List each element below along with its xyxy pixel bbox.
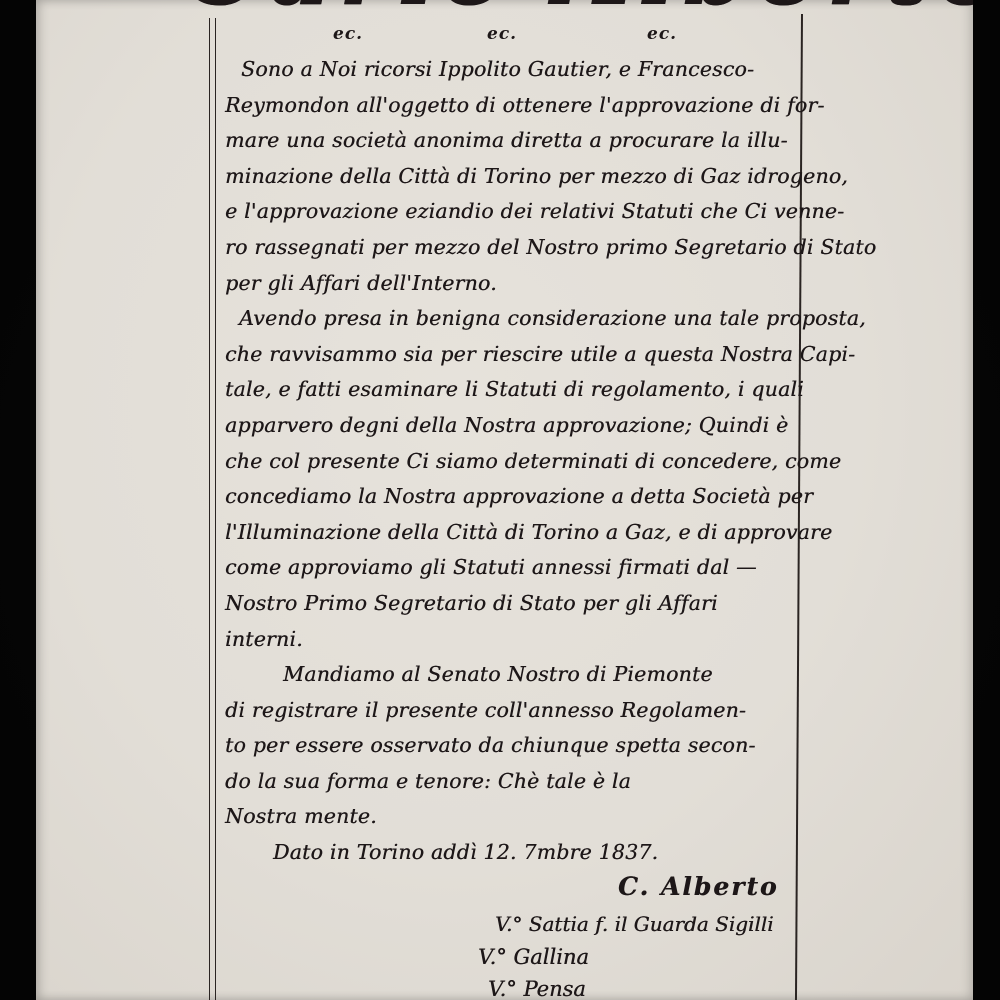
manuscript-line: e l'approvazione eziandio dei relativi S… <box>225 199 807 235</box>
photo-background: Carlo Alberto ec. ec. ec. Sono a Noi ric… <box>0 0 1000 1000</box>
etcetera-mark: ec. <box>487 24 517 44</box>
manuscript-line: Reymondon all'oggetto di ottenere l'appr… <box>225 93 807 129</box>
manuscript-body: Sono a Noi ricorsi Ippolito Gautier, e F… <box>225 57 807 876</box>
manuscript-line: Sono a Noi ricorsi Ippolito Gautier, e F… <box>225 57 807 93</box>
manuscript-line: mare una società anonima diretta a procu… <box>225 128 807 164</box>
etcetera-mark: ec. <box>647 24 677 44</box>
signature-carlo-alberto: C. Alberto <box>618 872 779 901</box>
manuscript-line: che col presente Ci siamo determinati di… <box>225 449 807 485</box>
manuscript-line: Avendo presa in benigna considerazione u… <box>225 306 807 342</box>
signature-pensa: V.° Pensa <box>488 977 586 1000</box>
manuscript-line: l'Illuminazione della Città di Torino a … <box>225 520 807 556</box>
manuscript-line: di registrare il presente coll'annesso R… <box>225 698 807 734</box>
manuscript-dateline: Dato in Torino addì 12. 7mbre 1837. <box>225 840 807 876</box>
manuscript-line: come approviamo gli Statuti annessi firm… <box>225 555 807 591</box>
manuscript-line: apparvero degni della Nostra approvazion… <box>225 413 807 449</box>
manuscript-line: che ravvisammo sia per riescire utile a … <box>225 342 807 378</box>
etcetera-mark: ec. <box>333 24 363 44</box>
manuscript-line: Mandiamo al Senato Nostro di Piemonte <box>225 662 807 698</box>
signature-keeper-of-seals: V.° Sattia f. il Guarda Sigilli <box>495 912 774 936</box>
manuscript-line: ro rassegnati per mezzo del Nostro primo… <box>225 235 807 271</box>
manuscript-line: Nostra mente. <box>225 804 807 840</box>
manuscript-line: Nostro Primo Segretario di Stato per gli… <box>225 591 807 627</box>
left-margin-double-rule <box>209 18 216 1000</box>
royal-heading-carlo-alberto: Carlo Alberto <box>184 0 973 24</box>
manuscript-line: to per essere osservato da chiunque spet… <box>225 733 807 769</box>
manuscript-line: concediamo la Nostra approvazione a dett… <box>225 484 807 520</box>
manuscript-line: do la sua forma e tenore: Chè tale è la <box>225 769 807 805</box>
manuscript-page: Carlo Alberto ec. ec. ec. Sono a Noi ric… <box>36 0 973 1000</box>
manuscript-line: minazione della Città di Torino per mezz… <box>225 164 807 200</box>
manuscript-line: per gli Affari dell'Interno. <box>225 271 807 307</box>
manuscript-line: interni. <box>225 627 807 663</box>
manuscript-line: tale, e fatti esaminare li Statuti di re… <box>225 377 807 413</box>
signature-gallina: V.° Gallina <box>478 945 589 969</box>
